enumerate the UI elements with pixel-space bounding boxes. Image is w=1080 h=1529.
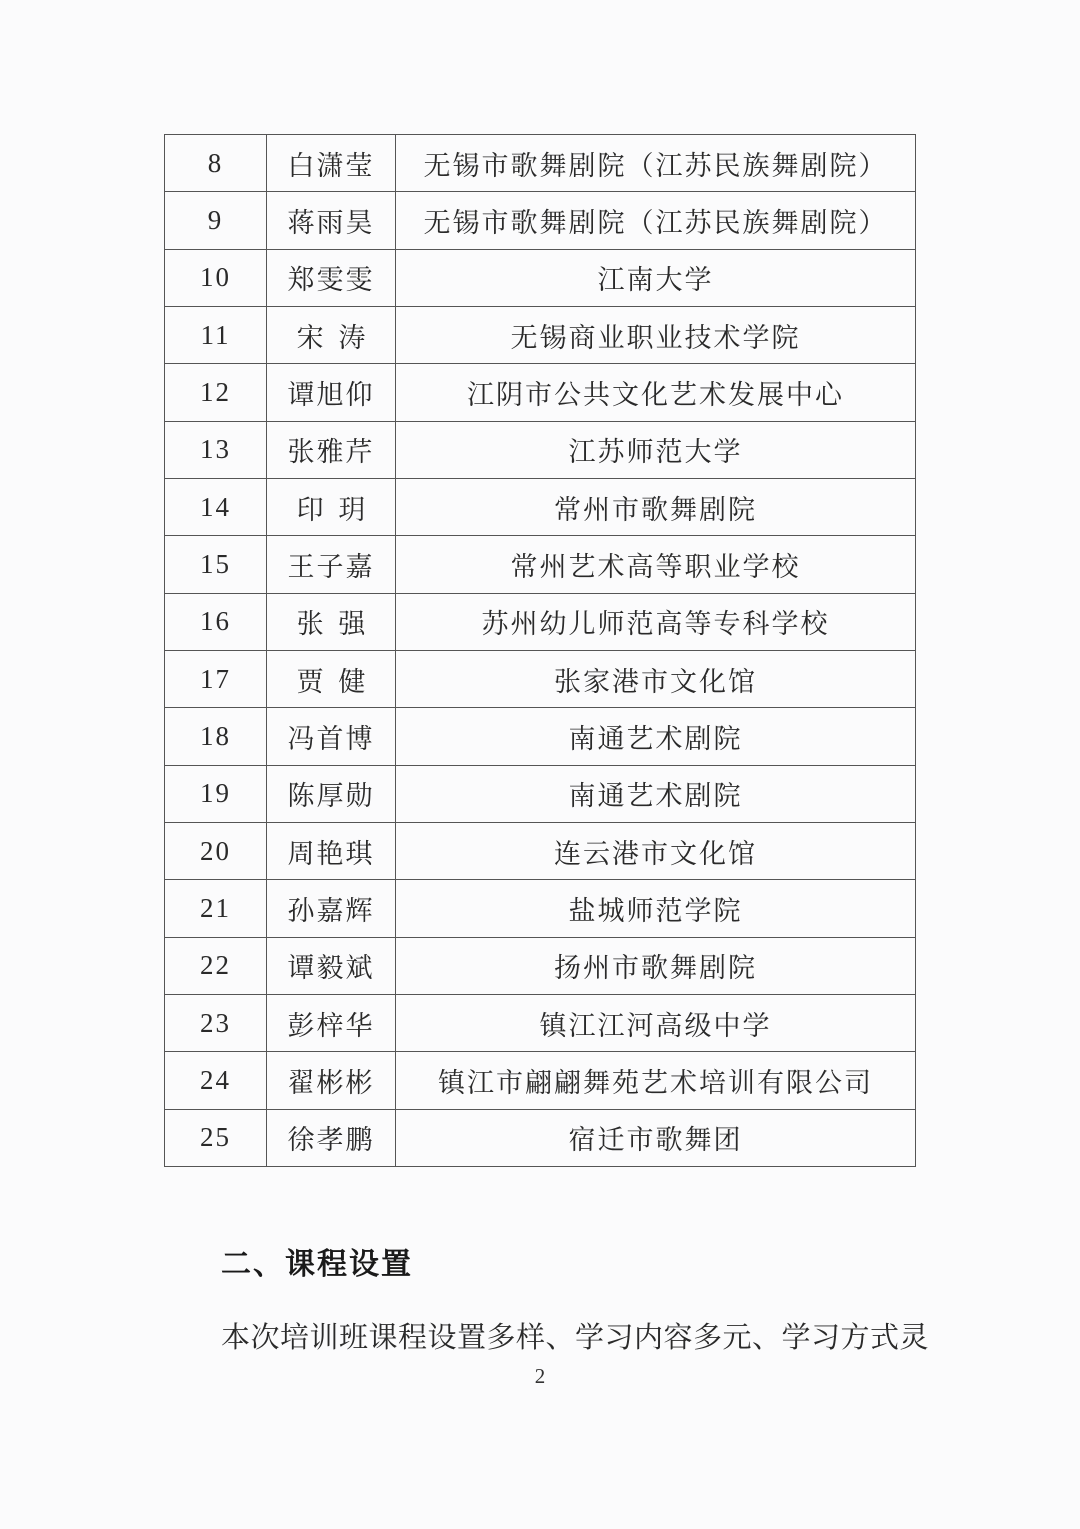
cell-name: 翟彬彬 <box>267 1052 396 1109</box>
cell-name: 孙嘉辉 <box>267 880 396 937</box>
cell-name: 张雅芹 <box>267 421 396 478</box>
table-row: 19陈厚勋南通艺术剧院 <box>165 765 916 822</box>
participants-table-body: 8白潇莹无锡市歌舞剧院（江苏民族舞剧院）9蒋雨昊无锡市歌舞剧院（江苏民族舞剧院）… <box>165 135 916 1167</box>
cell-no: 21 <box>165 880 267 937</box>
cell-name: 徐孝鹏 <box>267 1109 396 1166</box>
cell-no: 13 <box>165 421 267 478</box>
cell-no: 19 <box>165 765 267 822</box>
participants-table: 8白潇莹无锡市歌舞剧院（江苏民族舞剧院）9蒋雨昊无锡市歌舞剧院（江苏民族舞剧院）… <box>164 134 916 1167</box>
cell-org: 无锡商业职业技术学院 <box>396 306 916 363</box>
cell-no: 12 <box>165 364 267 421</box>
cell-name: 王子嘉 <box>267 536 396 593</box>
cell-no: 15 <box>165 536 267 593</box>
table-row: 18冯首博南通艺术剧院 <box>165 708 916 765</box>
cell-no: 14 <box>165 478 267 535</box>
table-row: 16张强苏州幼儿师范高等专科学校 <box>165 593 916 650</box>
cell-no: 11 <box>165 306 267 363</box>
cell-name: 彭梓华 <box>267 994 396 1051</box>
cell-name: 陈厚勋 <box>267 765 396 822</box>
table-row: 9蒋雨昊无锡市歌舞剧院（江苏民族舞剧院） <box>165 192 916 249</box>
table-row: 13张雅芹江苏师范大学 <box>165 421 916 478</box>
cell-org: 常州市歌舞剧院 <box>396 478 916 535</box>
cell-name: 谭毅斌 <box>267 937 396 994</box>
cell-no: 8 <box>165 135 267 192</box>
cell-no: 24 <box>165 1052 267 1109</box>
cell-no: 20 <box>165 822 267 879</box>
cell-no: 10 <box>165 249 267 306</box>
cell-org: 常州艺术高等职业学校 <box>396 536 916 593</box>
cell-no: 9 <box>165 192 267 249</box>
cell-no: 17 <box>165 650 267 707</box>
table-row: 14印玥常州市歌舞剧院 <box>165 478 916 535</box>
table-row: 21孙嘉辉盐城师范学院 <box>165 880 916 937</box>
cell-no: 22 <box>165 937 267 994</box>
table-row: 8白潇莹无锡市歌舞剧院（江苏民族舞剧院） <box>165 135 916 192</box>
cell-name: 蒋雨昊 <box>267 192 396 249</box>
document-page: 8白潇莹无锡市歌舞剧院（江苏民族舞剧院）9蒋雨昊无锡市歌舞剧院（江苏民族舞剧院）… <box>0 0 1080 1529</box>
table-row: 11宋涛无锡商业职业技术学院 <box>165 306 916 363</box>
cell-no: 16 <box>165 593 267 650</box>
cell-name: 贾健 <box>267 650 396 707</box>
cell-no: 23 <box>165 994 267 1051</box>
cell-name: 谭旭仰 <box>267 364 396 421</box>
cell-org: 镇江市翩翩舞苑艺术培训有限公司 <box>396 1052 916 1109</box>
body-paragraph: 本次培训班课程设置多样、学习内容多元、学习方式灵 <box>221 1320 929 1357</box>
cell-name: 印玥 <box>267 478 396 535</box>
cell-org: 镇江江河高级中学 <box>396 994 916 1051</box>
cell-name: 张强 <box>267 593 396 650</box>
cell-org: 无锡市歌舞剧院（江苏民族舞剧院） <box>396 135 916 192</box>
table-row: 24翟彬彬镇江市翩翩舞苑艺术培训有限公司 <box>165 1052 916 1109</box>
table-row: 23彭梓华镇江江河高级中学 <box>165 994 916 1051</box>
table-row: 25徐孝鹏宿迁市歌舞团 <box>165 1109 916 1166</box>
cell-org: 南通艺术剧院 <box>396 708 916 765</box>
cell-org: 盐城师范学院 <box>396 880 916 937</box>
cell-org: 宿迁市歌舞团 <box>396 1109 916 1166</box>
table-row: 10郑雯雯江南大学 <box>165 249 916 306</box>
cell-name: 周艳琪 <box>267 822 396 879</box>
cell-name: 白潇莹 <box>267 135 396 192</box>
section-heading: 二、课程设置 <box>221 1248 413 1282</box>
cell-org: 南通艺术剧院 <box>396 765 916 822</box>
table-row: 12谭旭仰江阴市公共文化艺术发展中心 <box>165 364 916 421</box>
table-row: 17贾健张家港市文化馆 <box>165 650 916 707</box>
cell-org: 江南大学 <box>396 249 916 306</box>
table-row: 20周艳琪连云港市文化馆 <box>165 822 916 879</box>
cell-no: 18 <box>165 708 267 765</box>
page-number: 2 <box>0 1364 1080 1389</box>
cell-name: 宋涛 <box>267 306 396 363</box>
cell-org: 无锡市歌舞剧院（江苏民族舞剧院） <box>396 192 916 249</box>
cell-name: 冯首博 <box>267 708 396 765</box>
cell-org: 江阴市公共文化艺术发展中心 <box>396 364 916 421</box>
cell-no: 25 <box>165 1109 267 1166</box>
cell-org: 扬州市歌舞剧院 <box>396 937 916 994</box>
cell-org: 江苏师范大学 <box>396 421 916 478</box>
table-row: 15王子嘉常州艺术高等职业学校 <box>165 536 916 593</box>
table-row: 22谭毅斌扬州市歌舞剧院 <box>165 937 916 994</box>
cell-org: 张家港市文化馆 <box>396 650 916 707</box>
cell-org: 连云港市文化馆 <box>396 822 916 879</box>
cell-name: 郑雯雯 <box>267 249 396 306</box>
cell-org: 苏州幼儿师范高等专科学校 <box>396 593 916 650</box>
